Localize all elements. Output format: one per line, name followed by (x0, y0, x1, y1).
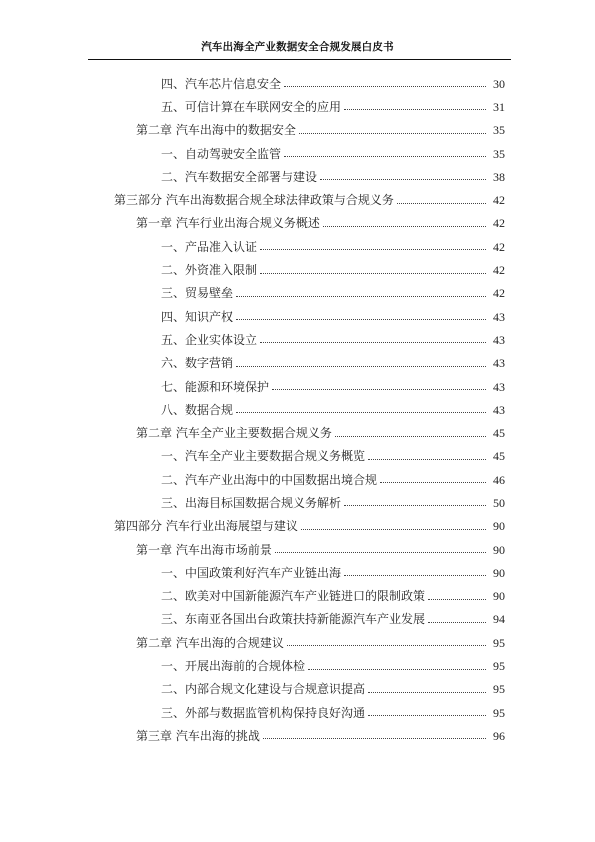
toc-page-number: 45 (488, 427, 505, 439)
toc-entry-title: 二、汽车产业出海中的中国数据出境合规 (161, 474, 379, 486)
dot-leader (308, 669, 486, 670)
toc-page-number: 90 (488, 590, 505, 602)
toc-entry-chapter[interactable]: 第二章 汽车出海中的数据安全 35 (0, 119, 595, 142)
dot-leader (260, 273, 486, 274)
toc-entry-title: 三、出海目标国数据合规义务解析 (161, 497, 343, 509)
toc-entry-section[interactable]: 一、开展出海前的合规体检 95 (0, 654, 595, 677)
toc-entry-title: 第一章 汽车出海市场前景 (136, 544, 274, 556)
toc-entry-chapter[interactable]: 第二章 汽车全产业主要数据合规义务 45 (0, 421, 595, 444)
toc-page-number: 43 (488, 381, 505, 393)
toc-entry-section[interactable]: 八、数据合规 43 (0, 398, 595, 421)
toc-entry-title: 三、贸易壁垒 (161, 287, 235, 299)
toc-entry-section[interactable]: 一、中国政策利好汽车产业链出海 90 (0, 561, 595, 584)
page-header-title: 汽车出海全产业数据安全合规发展白皮书 (0, 39, 595, 54)
toc-page-number: 43 (488, 311, 505, 323)
toc-entry-section[interactable]: 三、东南亚各国出台政策扶持新能源汽车产业发展 94 (0, 608, 595, 631)
toc-entry-section[interactable]: 二、欧美对中国新能源汽车产业链进口的限制政策 90 (0, 585, 595, 608)
toc-entry-title: 第二章 汽车全产业主要数据合规义务 (136, 427, 334, 439)
dot-leader (263, 738, 486, 739)
toc-entry-title: 第二章 汽车出海的合规建议 (136, 637, 286, 649)
toc-page-number: 31 (488, 101, 505, 113)
toc-entry-section[interactable]: 二、汽车产业出海中的中国数据出境合规 46 (0, 468, 595, 491)
dot-leader (320, 179, 486, 180)
toc-entry-section[interactable]: 二、外资准入限制 42 (0, 258, 595, 281)
dot-leader (299, 133, 486, 134)
toc-entry-chapter[interactable]: 第一章 汽车出海市场前景 90 (0, 538, 595, 561)
dot-leader (428, 622, 486, 623)
toc-entry-title: 第四部分 汽车行业出海展望与建议 (114, 520, 300, 532)
toc-page-number: 90 (488, 544, 505, 556)
dot-leader (380, 482, 486, 483)
toc-entry-title: 八、数据合规 (161, 404, 235, 416)
toc-entry-chapter[interactable]: 第一章 汽车行业出海合规义务概述 42 (0, 212, 595, 235)
table-of-contents: 四、汽车芯片信息安全 30 五、可信计算在车联网安全的应用 31 第二章 汽车出… (0, 72, 595, 748)
toc-page-number: 30 (488, 78, 505, 90)
toc-entry-section[interactable]: 二、内部合规文化建设与合规意识提高 95 (0, 678, 595, 701)
toc-entry-part[interactable]: 第三部分 汽车出海数据合规全球法律政策与合规义务 42 (0, 188, 595, 211)
toc-page-number: 90 (488, 520, 505, 532)
toc-entry-chapter[interactable]: 第三章 汽车出海的挑战 96 (0, 724, 595, 747)
toc-page-number: 42 (488, 241, 505, 253)
header-divider (88, 59, 511, 60)
toc-entry-title: 一、产品准入认证 (161, 241, 259, 253)
toc-entry-title: 二、内部合规文化建设与合规意识提高 (161, 683, 367, 695)
toc-page-number: 42 (488, 194, 505, 206)
toc-page-number: 43 (488, 404, 505, 416)
toc-page-number: 95 (488, 683, 505, 695)
toc-entry-title: 第一章 汽车行业出海合规义务概述 (136, 217, 322, 229)
toc-page-number: 95 (488, 637, 505, 649)
dot-leader (368, 459, 486, 460)
toc-entry-title: 二、欧美对中国新能源汽车产业链进口的限制政策 (161, 590, 427, 602)
dot-leader (344, 505, 486, 506)
dot-leader (260, 249, 486, 250)
toc-entry-title: 第三部分 汽车出海数据合规全球法律政策与合规义务 (114, 194, 396, 206)
dot-leader (260, 342, 486, 343)
toc-entry-title: 七、能源和环境保护 (161, 381, 271, 393)
toc-page-number: 35 (488, 124, 505, 136)
dot-leader (236, 366, 486, 367)
toc-entry-title: 一、中国政策利好汽车产业链出海 (161, 567, 343, 579)
dot-leader (428, 599, 486, 600)
toc-entry-title: 四、知识产权 (161, 311, 235, 323)
toc-page-number: 96 (488, 730, 505, 742)
toc-entry-title: 第二章 汽车出海中的数据安全 (136, 124, 298, 136)
toc-entry-title: 三、外部与数据监管机构保持良好沟通 (161, 707, 367, 719)
dot-leader (275, 552, 486, 553)
dot-leader (323, 226, 486, 227)
dot-leader (284, 156, 486, 157)
toc-entry-section[interactable]: 五、可信计算在车联网安全的应用 31 (0, 95, 595, 118)
dot-leader (344, 109, 486, 110)
dot-leader (272, 389, 486, 390)
toc-entry-title: 三、东南亚各国出台政策扶持新能源汽车产业发展 (161, 613, 427, 625)
dot-leader (368, 692, 486, 693)
toc-entry-title: 五、可信计算在车联网安全的应用 (161, 101, 343, 113)
toc-entry-title: 六、数字营销 (161, 357, 235, 369)
toc-entry-section[interactable]: 四、汽车芯片信息安全 30 (0, 72, 595, 95)
toc-entry-section[interactable]: 三、出海目标国数据合规义务解析 50 (0, 491, 595, 514)
dot-leader (287, 645, 486, 646)
toc-entry-title: 五、企业实体设立 (161, 334, 259, 346)
toc-entry-section[interactable]: 三、外部与数据监管机构保持良好沟通 95 (0, 701, 595, 724)
toc-entry-section[interactable]: 一、产品准入认证 42 (0, 235, 595, 258)
dot-leader (344, 575, 486, 576)
toc-entry-section[interactable]: 一、自动驾驶安全监管 35 (0, 142, 595, 165)
toc-page-number: 42 (488, 287, 505, 299)
toc-page-number: 42 (488, 217, 505, 229)
toc-page-number: 43 (488, 357, 505, 369)
toc-entry-title: 四、汽车芯片信息安全 (161, 78, 283, 90)
dot-leader (335, 436, 486, 437)
dot-leader (301, 529, 486, 530)
toc-page-number: 38 (488, 171, 505, 183)
toc-entry-part[interactable]: 第四部分 汽车行业出海展望与建议 90 (0, 515, 595, 538)
toc-page-number: 45 (488, 450, 505, 462)
toc-entry-title: 一、开展出海前的合规体检 (161, 660, 307, 672)
toc-entry-chapter[interactable]: 第二章 汽车出海的合规建议 95 (0, 631, 595, 654)
toc-entry-section[interactable]: 六、数字营销 43 (0, 352, 595, 375)
toc-entry-section[interactable]: 五、企业实体设立 43 (0, 328, 595, 351)
toc-page-number: 90 (488, 567, 505, 579)
dot-leader (368, 715, 486, 716)
dot-leader (236, 412, 486, 413)
toc-entry-section[interactable]: 一、汽车全产业主要数据合规义务概览 45 (0, 445, 595, 468)
dot-leader (236, 319, 486, 320)
toc-page-number: 43 (488, 334, 505, 346)
toc-entry-title: 一、汽车全产业主要数据合规义务概览 (161, 450, 367, 462)
dot-leader (236, 296, 486, 297)
dot-leader (284, 86, 486, 87)
toc-page-number: 94 (488, 613, 505, 625)
toc-page-number: 95 (488, 707, 505, 719)
toc-page-number: 50 (488, 497, 505, 509)
toc-page-number: 95 (488, 660, 505, 672)
toc-entry-section[interactable]: 二、汽车数据安全部署与建设 38 (0, 165, 595, 188)
toc-page-number: 42 (488, 264, 505, 276)
toc-entry-title: 二、汽车数据安全部署与建设 (161, 171, 319, 183)
toc-page-number: 35 (488, 148, 505, 160)
toc-entry-section[interactable]: 三、贸易壁垒 42 (0, 282, 595, 305)
toc-entry-section[interactable]: 四、知识产权 43 (0, 305, 595, 328)
dot-leader (397, 203, 486, 204)
toc-entry-section[interactable]: 七、能源和环境保护 43 (0, 375, 595, 398)
toc-entry-title: 第三章 汽车出海的挑战 (136, 730, 262, 742)
toc-entry-title: 二、外资准入限制 (161, 264, 259, 276)
toc-page-number: 46 (488, 474, 505, 486)
toc-entry-title: 一、自动驾驶安全监管 (161, 148, 283, 160)
